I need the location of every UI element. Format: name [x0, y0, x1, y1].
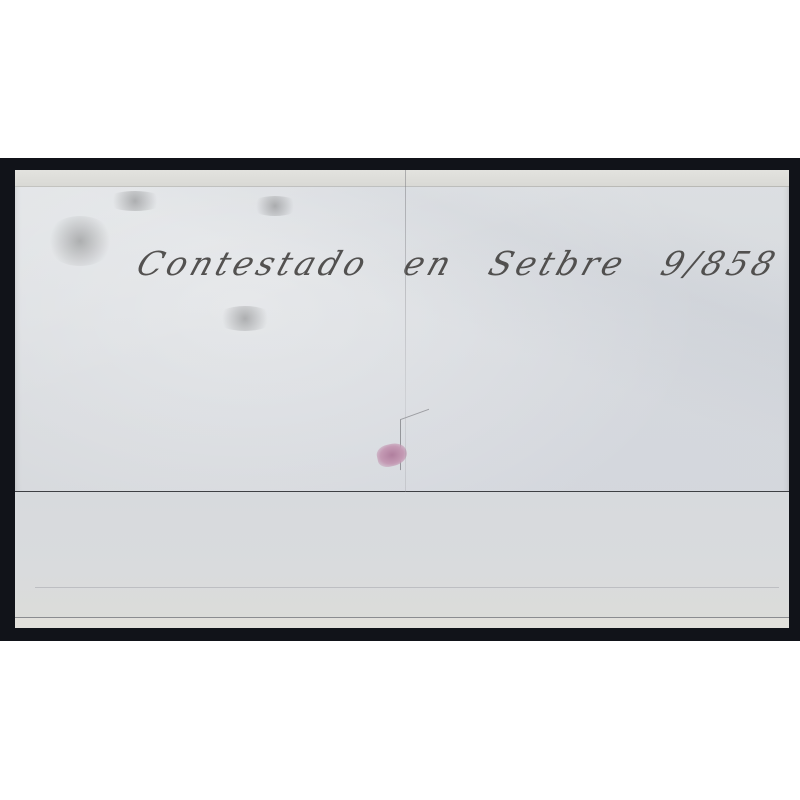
lower-panel [15, 492, 789, 628]
bottom-fold-edge [15, 617, 789, 628]
horizontal-fold-crease [35, 587, 779, 588]
docket-word: Setbre [484, 244, 633, 283]
ink-smudge [215, 306, 275, 331]
handwritten-docket-note: Contestado en Setbre 9/858 [125, 244, 764, 304]
top-fold-edge [15, 170, 789, 187]
folded-letter: Contestado en Setbre 9/858 [15, 170, 789, 628]
ink-smudge [105, 191, 165, 211]
ink-smudge [250, 196, 300, 216]
docket-word: en [399, 244, 460, 283]
docket-date: 9/858 [656, 244, 784, 283]
upper-fold-flap: Contestado en Setbre 9/858 [15, 186, 789, 492]
docket-word: Contestado [132, 244, 375, 283]
ink-smudge [45, 216, 115, 266]
